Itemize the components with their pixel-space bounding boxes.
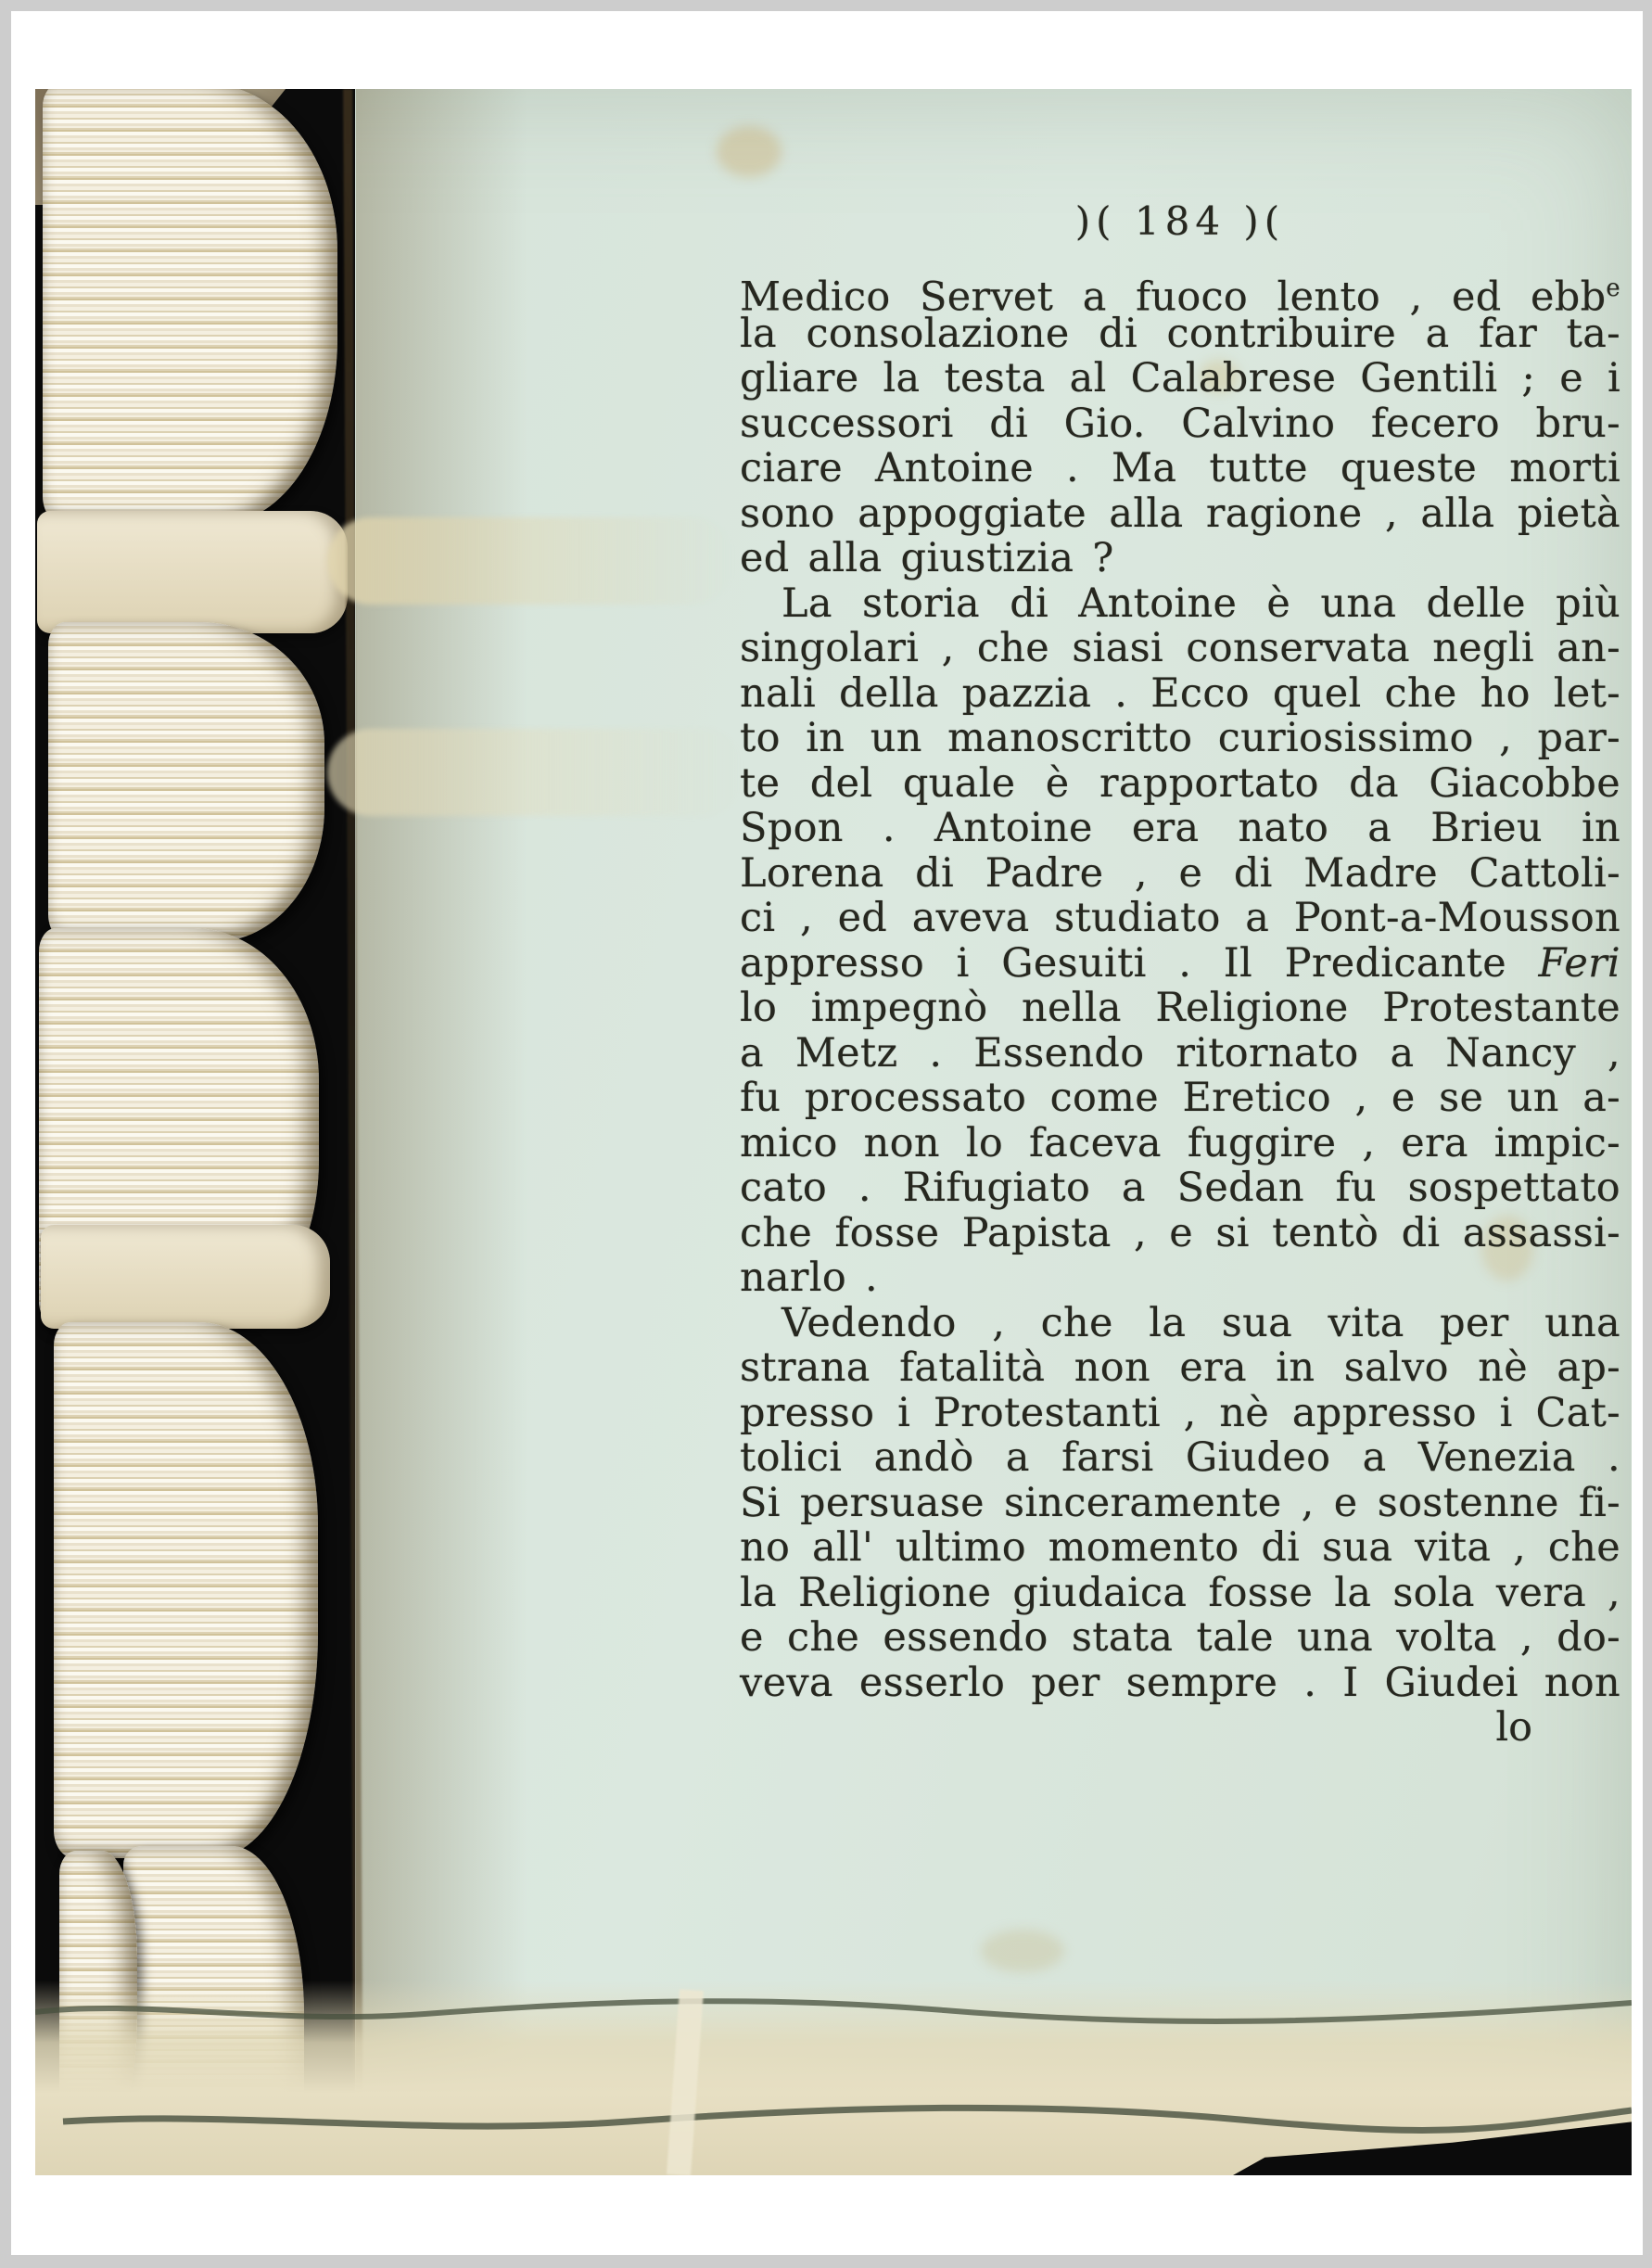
page-edge-tuft	[48, 622, 324, 942]
text-line: te del quale è rapportato da Giacobbe	[740, 761, 1620, 807]
text-line: Spon . Antoine era nato a Brieu in	[740, 806, 1620, 851]
book-binding	[35, 89, 355, 2175]
catchword: lo	[1495, 1705, 1532, 1751]
text-line: fu processato come Eretico , e se un a-	[740, 1076, 1620, 1121]
scan-streak	[327, 517, 735, 605]
gutter-shadow	[356, 89, 527, 2175]
text-line: tolici andò a farsi Giudeo a Venezia .	[740, 1435, 1620, 1481]
text-line: cato . Rifugiato a Sedan fu sospettato	[740, 1166, 1620, 1211]
text-line: a Metz . Essendo ritornato a Nancy ,	[740, 1031, 1620, 1077]
text-line: ed alla giustizia ?	[740, 536, 1620, 581]
text-line: successori di Gio. Calvino fecero bru-	[740, 401, 1620, 447]
text-line: narlo .	[740, 1255, 1620, 1301]
page-edge-tuft	[54, 1322, 318, 1858]
text-line: to in un manoscritto curiosissimo , par-	[740, 716, 1620, 761]
text-line: e che essendo stata tale una volta , do-	[740, 1615, 1620, 1661]
text-line: appresso i Gesuiti . Il Predicante Feri	[740, 941, 1620, 987]
photo-frame: )( 184 )( Medico Servet a fuoco lento , …	[0, 0, 1652, 2268]
text-line: la Religione giudaica fosse la sola vera…	[740, 1571, 1620, 1616]
text-line: ci , ed aveva studiato a Pont-a-Mousson	[740, 896, 1620, 941]
text-line: gliare la testa al Calabrese Gentili ; e…	[740, 356, 1620, 401]
binding-smooth-band	[37, 511, 348, 633]
text-line: presso i Protestanti , nè appresso i Cat…	[740, 1391, 1620, 1436]
text-line: Medico Servet a fuoco lento , ed ebbe	[740, 266, 1620, 312]
text-line: la consolazione di contribuire a far ta-	[740, 312, 1620, 357]
book-page-scan: )( 184 )( Medico Servet a fuoco lento , …	[35, 89, 1632, 2175]
text-line: veva esserlo per sempre . I Giudei non	[740, 1661, 1620, 1706]
binding-smooth-band	[41, 1225, 330, 1329]
page-edge-tuft	[43, 89, 337, 524]
text-line: singolari , che siasi conservata negli a…	[740, 626, 1620, 671]
text-line: mico non lo faceva fuggire , era impic-	[740, 1121, 1620, 1166]
text-line: Lorena di Padre , e di Madre Cattoli-	[740, 851, 1620, 897]
text-line: lo impegnò nella Religione Protestante	[740, 986, 1620, 1031]
body-text: Medico Servet a fuoco lento , ed ebbela …	[740, 266, 1620, 1705]
text-line: sono appoggiate alla ragione , alla piet…	[740, 491, 1620, 537]
text-line: La storia di Antoine è una delle più	[740, 581, 1620, 627]
text-line: no all' ultimo momento di sua vita , che	[740, 1525, 1620, 1571]
text-line: nali della pazzia . Ecco quel che ho let…	[740, 671, 1620, 717]
text-line: strana fatalità non era in salvo nè ap-	[740, 1345, 1620, 1391]
text-line: Si persuase sinceramente , e sostenne fi…	[740, 1481, 1620, 1526]
text-line: ciare Antoine . Ma tutte queste morti	[740, 446, 1620, 491]
scan-streak	[327, 729, 744, 816]
text-line: Vedendo , che la sua vita per una	[740, 1301, 1620, 1346]
text-block: )( 184 )( Medico Servet a fuoco lento , …	[740, 89, 1620, 2175]
text-line: che fosse Papista , e si tentò di assass…	[740, 1211, 1620, 1256]
photo-margin: )( 184 )( Medico Servet a fuoco lento , …	[11, 11, 1643, 2255]
page-number: )( 184 )(	[740, 198, 1620, 244]
